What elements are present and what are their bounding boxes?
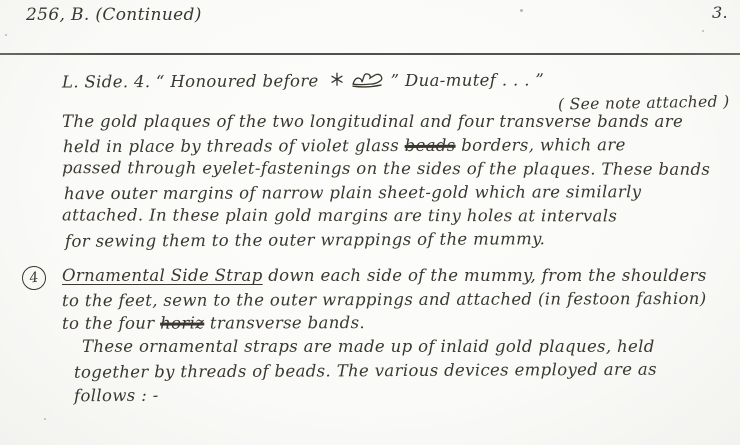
handwritten-line: held in place by threads of violet glass… (62, 132, 732, 158)
text-segment: have outer margins of narrow plain sheet… (64, 182, 641, 203)
heading-suffix: ” Dua-mutef . . . ” (391, 70, 545, 90)
heading-prefix: L. Side. 4. “ Honoured before (62, 71, 319, 91)
text-segment: attached. In these plain gold margins ar… (62, 205, 617, 225)
text-segment: transverse bands. (204, 313, 365, 332)
scan-speckle (5, 34, 7, 36)
page-number: 3. (712, 3, 728, 22)
text-segment: passed through eyelet-fastenings on the … (62, 158, 710, 179)
scan-speckle (44, 418, 46, 420)
handwritten-line: Ornamental Side Strap down each side of … (62, 264, 732, 288)
handwritten-line: The gold plaques of the two longitudinal… (62, 110, 732, 134)
text-segment: borders, which are (456, 135, 626, 155)
text-segment: follows : - (74, 386, 159, 406)
text-segment: to the feet, sewn to the outer wrappings… (62, 288, 707, 309)
handwritten-line: These ornamental straps are made up of i… (74, 335, 732, 359)
handwritten-line: for sewing them to the outer wrappings o… (62, 226, 732, 253)
struck-out-word: horiz (160, 314, 204, 333)
scan-speckle (520, 9, 523, 12)
handwritten-line: have outer margins of narrow plain sheet… (62, 179, 732, 205)
text-segment: together by threads of beads. The variou… (74, 359, 657, 381)
text-segment: to the four (62, 314, 160, 333)
scanned-manuscript-page: 256, B. (Continued) 3. L. Side. 4. “ Hon… (0, 0, 740, 445)
item-ornamental-side-strap: Ornamental Side Strap down each side of … (62, 264, 732, 335)
handwritten-line: attached. In these plain gold margins ar… (62, 203, 732, 228)
paragraph-gold-plaques: The gold plaques of the two longitudinal… (62, 110, 732, 251)
struck-out-word: beads (405, 135, 456, 154)
text-segment: These ornamental straps are made up of i… (82, 337, 655, 356)
handwritten-line: follows : - (74, 380, 732, 408)
document-number: 256, B. (Continued) (26, 5, 202, 25)
text-segment: held in place by threads of violet glass (63, 135, 405, 155)
paragraph-ornamental-straps: These ornamental straps are made up of i… (74, 335, 732, 406)
hieroglyph-duamutef-icon (329, 70, 387, 94)
circled-item-number: 4 (20, 264, 47, 291)
text-segment: for sewing them to the outer wrappings o… (65, 229, 545, 251)
underlined-phrase: Ornamental Side Strap (62, 266, 263, 285)
handwritten-line: to the feet, sewn to the outer wrappings… (62, 286, 732, 312)
text-segment: down each side of the mummy, from the sh… (263, 266, 707, 285)
handwritten-line: to the four horiz transverse bands. (62, 310, 732, 335)
horizontal-rule (0, 53, 740, 55)
scan-speckle (702, 30, 704, 32)
section-heading-line: L. Side. 4. “ Honoured before ” Dua-mute… (62, 69, 732, 96)
handwritten-line: passed through eyelet-fastenings on the … (62, 156, 732, 181)
text-segment: The gold plaques of the two longitudinal… (62, 112, 683, 131)
